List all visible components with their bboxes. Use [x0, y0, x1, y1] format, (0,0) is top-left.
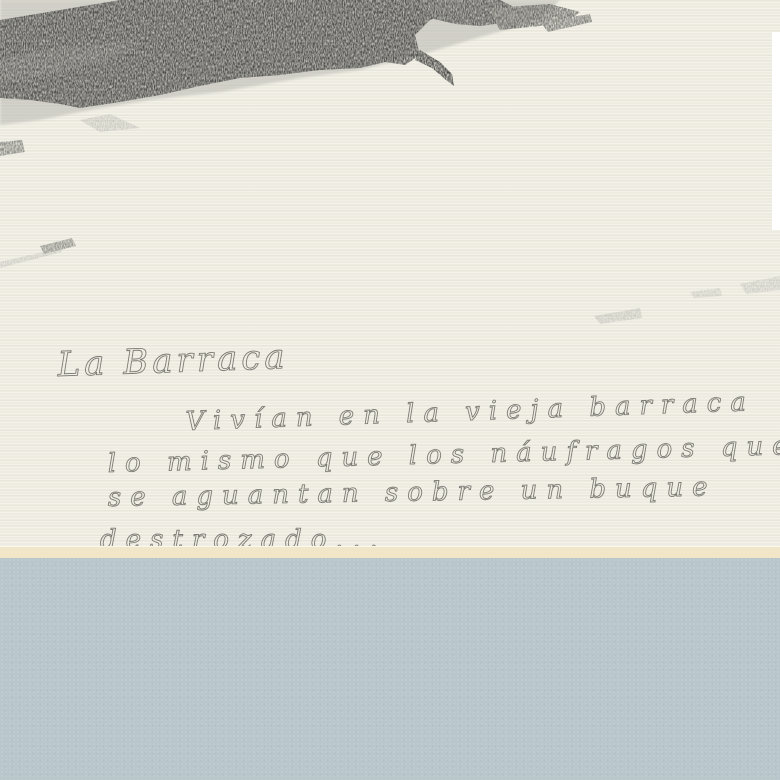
blue-grey-mat: [0, 558, 780, 780]
white-label-slip: [772, 32, 780, 230]
drawing-paper: La Barraca Vivían en la vieja barraca lo…: [0, 0, 780, 546]
graphite-sketch: [0, 0, 780, 546]
